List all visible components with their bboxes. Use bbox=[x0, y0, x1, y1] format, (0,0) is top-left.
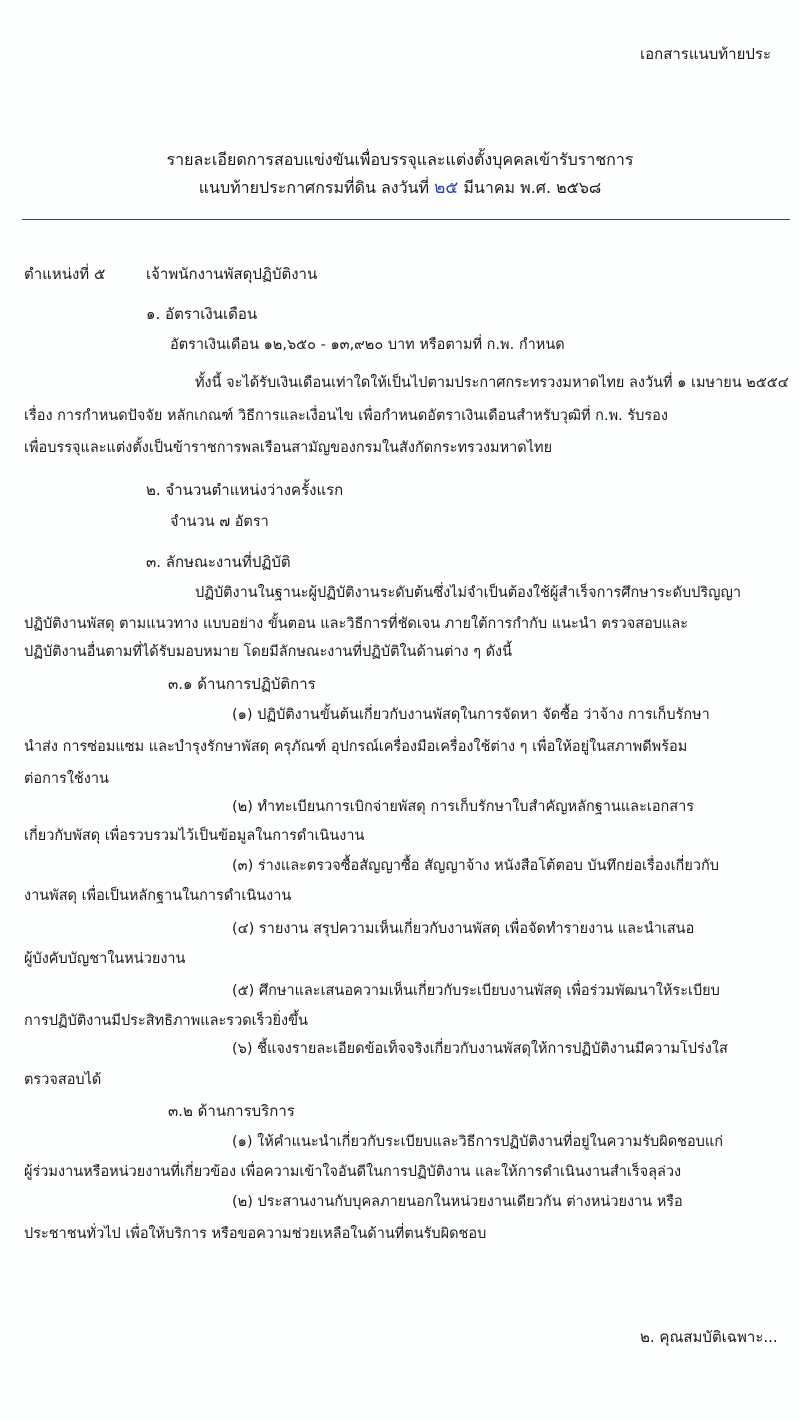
ops-item-1-line3: ต่อการใช้งาน bbox=[24, 767, 109, 790]
salary-line: อัตราเงินเดือน ๑๒,๖๕๐ - ๑๓,๙๒๐ บาท หรือต… bbox=[170, 333, 565, 356]
ops-item-6-line1: (๖) ชี้แจงรายละเอียดข้อเท็จจริงเกี่ยวกับ… bbox=[232, 1037, 728, 1060]
vacancies-heading: ๒. จำนวนตำแหน่งว่างครั้งแรก bbox=[146, 478, 343, 502]
ops-item-6-line2: ตรวจสอบได้ bbox=[24, 1068, 101, 1091]
title-day: ๒๕ bbox=[434, 178, 458, 198]
duties-intro-2: ปฏิบัติงานพัสดุ ตามแนวทาง แบบอย่าง ขั้นต… bbox=[24, 612, 688, 635]
salary-note-1: ทั้งนี้ จะได้รับเงินเดือนเท่าใดให้เป็นไป… bbox=[195, 371, 789, 394]
continuation-marker: ๒. คุณสมบัติเฉพาะ... bbox=[640, 1325, 778, 1349]
duties-intro-3: ปฏิบัติงานอื่นตามที่ได้รับมอบหมาย โดยมีล… bbox=[24, 640, 512, 663]
ops-item-4-line1: (๔) รายงาน สรุปความเห็นเกี่ยวกับงานพัสดุ… bbox=[232, 917, 694, 940]
salary-note-3: เพื่อบรรจุและแต่งตั้งเป็นข้าราชการพลเรือ… bbox=[24, 436, 552, 459]
attachment-label: เอกสารแนบท้ายประ bbox=[640, 42, 771, 66]
divider bbox=[22, 219, 790, 220]
ops-item-1-line1: (๑) ปฏิบัติงานขั้นต้นเกี่ยวกับงานพัสดุใน… bbox=[232, 703, 710, 726]
ops-item-5-line1: (๕) ศึกษาและเสนอความเห็นเกี่ยวกับระเบียบ… bbox=[232, 979, 720, 1002]
service-item-2-line1: (๒) ประสานงานกับบุคลภายนอกในหน่วยงานเดีย… bbox=[232, 1190, 683, 1213]
salary-heading: ๑. อัตราเงินเดือน bbox=[146, 302, 257, 326]
service-heading: ๓.๒ ด้านการบริการ bbox=[168, 1099, 295, 1123]
title-suffix: มีนาคม พ.ศ. ๒๕๖๘ bbox=[463, 178, 601, 197]
duties-heading: ๓. ลักษณะงานที่ปฏิบัติ bbox=[146, 550, 291, 574]
salary-note-2: เรื่อง การกำหนดปัจจัย หลักเกณฑ์ วิธีการแ… bbox=[24, 404, 668, 427]
vacancies-line: จำนวน ๗ อัตรา bbox=[170, 510, 269, 533]
position-label: ตำแหน่งที่ ๕ bbox=[24, 262, 105, 286]
ops-item-2-line2: เกี่ยวกับพัสดุ เพื่อรวบรวมไว้เป็นข้อมูลใ… bbox=[24, 824, 364, 847]
service-item-1-line2: ผู้ร่วมงานหรือหน่วยงานที่เกี่ยวข้อง เพื่… bbox=[24, 1160, 681, 1183]
ops-item-4-line2: ผู้บังคับบัญชาในหน่วยงาน bbox=[24, 947, 185, 970]
ops-item-3-line2: งานพัสดุ เพื่อเป็นหลักฐานในการดำเนินงาน bbox=[24, 884, 291, 907]
position-name: เจ้าพนักงานพัสดุปฏิบัติงาน bbox=[146, 262, 317, 286]
document-title-line2: แนบท้ายประกาศกรมที่ดิน ลงวันที่ ๒๕ มีนาค… bbox=[0, 174, 800, 201]
service-item-1-line1: (๑) ให้คำแนะนำเกี่ยวกับระเบียบและวิธีการ… bbox=[232, 1130, 723, 1153]
ops-item-5-line2: การปฏิบัติงานมีประสิทธิภาพและรวดเร็วยิ่ง… bbox=[24, 1009, 308, 1032]
ops-item-2-line1: (๒) ทำทะเบียนการเบิกจ่ายพัสดุ การเก็บรัก… bbox=[232, 795, 694, 818]
ops-item-3-line1: (๓) ร่างและตรวจซื้อสัญญาซื้อ สัญญาจ้าง ห… bbox=[232, 854, 719, 877]
ops-item-1-line2: นำส่ง การซ่อมแซม และบำรุงรักษาพัสดุ ครุภ… bbox=[24, 735, 687, 758]
title-prefix: แนบท้ายประกาศกรมที่ดิน ลงวันที่ bbox=[199, 178, 429, 197]
duties-intro-1: ปฏิบัติงานในฐานะผู้ปฏิบัติงานระดับต้นซึ่… bbox=[195, 581, 741, 604]
document-title-line1: รายละเอียดการสอบแข่งขันเพื่อบรรจุและแต่ง… bbox=[0, 148, 800, 173]
service-item-2-line2: ประชาชนทั่วไป เพื่อให้บริการ หรือขอความช… bbox=[24, 1222, 486, 1245]
operations-heading: ๓.๑ ด้านการปฏิบัติการ bbox=[168, 672, 316, 696]
